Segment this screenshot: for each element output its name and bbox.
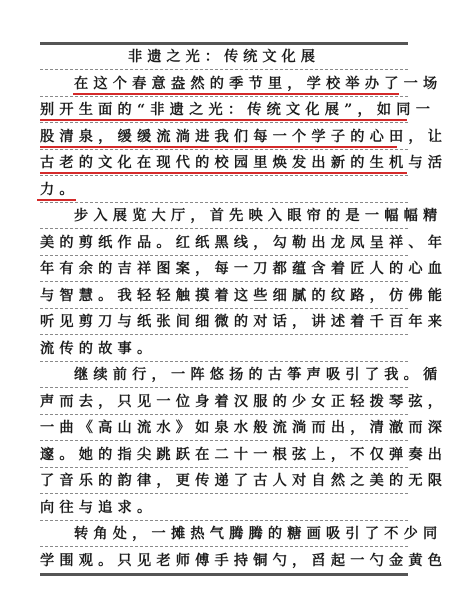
text-line-content: 学围观。只见老师傅手持铜勺，舀起一勺金黄色 (40, 553, 408, 569)
text-line: 美的剪纸作品。红纸黑线，勾勒出龙凤呈祥、年 (40, 230, 408, 256)
red-underline-annotation (37, 199, 76, 201)
text-line: 学围观。只见老师傅手持铜勺，舀起一勺金黄色 (40, 548, 408, 574)
text-line: 年有余的吉祥图案，每一刀都蕴含着匠人的心血 (40, 256, 408, 282)
red-underline-annotation (40, 146, 397, 148)
bottom-rule (40, 573, 408, 576)
text-line-content: 在这个春意盎然的季节里，学校举办了一场 (40, 76, 408, 92)
text-line-content: 与智慧。我轻轻触摸着这些细腻的纹路，仿佛能 (40, 288, 408, 304)
text-line-content: 流传的故事。 (40, 341, 408, 357)
text-line: 声而去，只见一位身着汉服的少女正轻拨琴弦， (40, 389, 408, 415)
text-line-content: 声而去，只见一位身着汉服的少女正轻拨琴弦， (40, 394, 408, 410)
text-line-content: 步入展览大厅，首先映入眼帘的是一幅幅精 (40, 208, 408, 224)
text-line: 与智慧。我轻轻触摸着这些细腻的纹路，仿佛能 (40, 283, 408, 309)
text-line-content: 力。 (40, 182, 408, 198)
text-line: 力。 (40, 177, 408, 203)
text-line-content: 古老的文化在现代的校园里焕发出新的生机与活 (40, 155, 408, 171)
text-line: 在这个春意盎然的季节里，学校举办了一场 (40, 71, 408, 97)
red-underline-annotation (40, 172, 407, 174)
text-line-content: 美的剪纸作品。红纸黑线，勾勒出龙凤呈祥、年 (40, 235, 408, 251)
document-title: 非遗之光：传统文化展 (40, 49, 408, 65)
text-line: 古老的文化在现代的校园里焕发出新的生机与活 (40, 150, 408, 176)
text-line-content: 年有余的吉祥图案，每一刀都蕴含着匠人的心血 (40, 261, 408, 277)
text-line: 步入展览大厅，首先映入眼帘的是一幅幅精 (40, 203, 408, 229)
text-line: 别开生面的“非遗之光：传统文化展”，如同一 (40, 97, 408, 123)
text-line: 向往与追求。 (40, 495, 408, 521)
red-underline-annotation (73, 93, 399, 95)
text-line: 听见剪刀与纸张间细微的对话，讲述着千百年来 (40, 309, 408, 335)
red-underline-annotation (40, 119, 407, 121)
text-line-content: 一曲《高山流水》如泉水般流淌而出，清澈而深 (40, 420, 408, 436)
text-line-content: 了音乐的韵律，更传递了古人对自然之美的无限 (40, 473, 408, 489)
text-line: 邃。她的指尖跳跃在二十一根弦上，不仅弹奏出 (40, 442, 408, 468)
text-line-content: 向往与追求。 (40, 500, 408, 516)
text-line-content: 转角处，一摊热气腾腾的糖画吸引了不少同 (40, 526, 408, 542)
text-line: 流传的故事。 (40, 336, 408, 362)
text-line-content: 继续前行，一阵悠扬的古筝声吸引了我。循 (40, 367, 408, 383)
text-line-content: 听见剪刀与纸张间细微的对话，讲述着千百年来 (40, 314, 408, 330)
text-line: 了音乐的韵律，更传递了古人对自然之美的无限 (40, 468, 408, 494)
text-line-content: 邃。她的指尖跳跃在二十一根弦上，不仅弹奏出 (40, 447, 408, 463)
text-line: 一曲《高山流水》如泉水般流淌而出，清澈而深 (40, 415, 408, 441)
text-line-content: 股清泉，缓缓流淌进我们每一个学子的心田，让 (40, 129, 408, 145)
text-line: 继续前行，一阵悠扬的古筝声吸引了我。循 (40, 362, 408, 388)
text-line-content: 别开生面的“非遗之光：传统文化展”，如同一 (40, 102, 408, 118)
document-title-row: 非遗之光：传统文化展 (40, 44, 408, 70)
text-line: 股清泉，缓缓流淌进我们每一个学子的心田，让 (40, 124, 408, 150)
text-line: 转角处，一摊热气腾腾的糖画吸引了不少同 (40, 521, 408, 547)
